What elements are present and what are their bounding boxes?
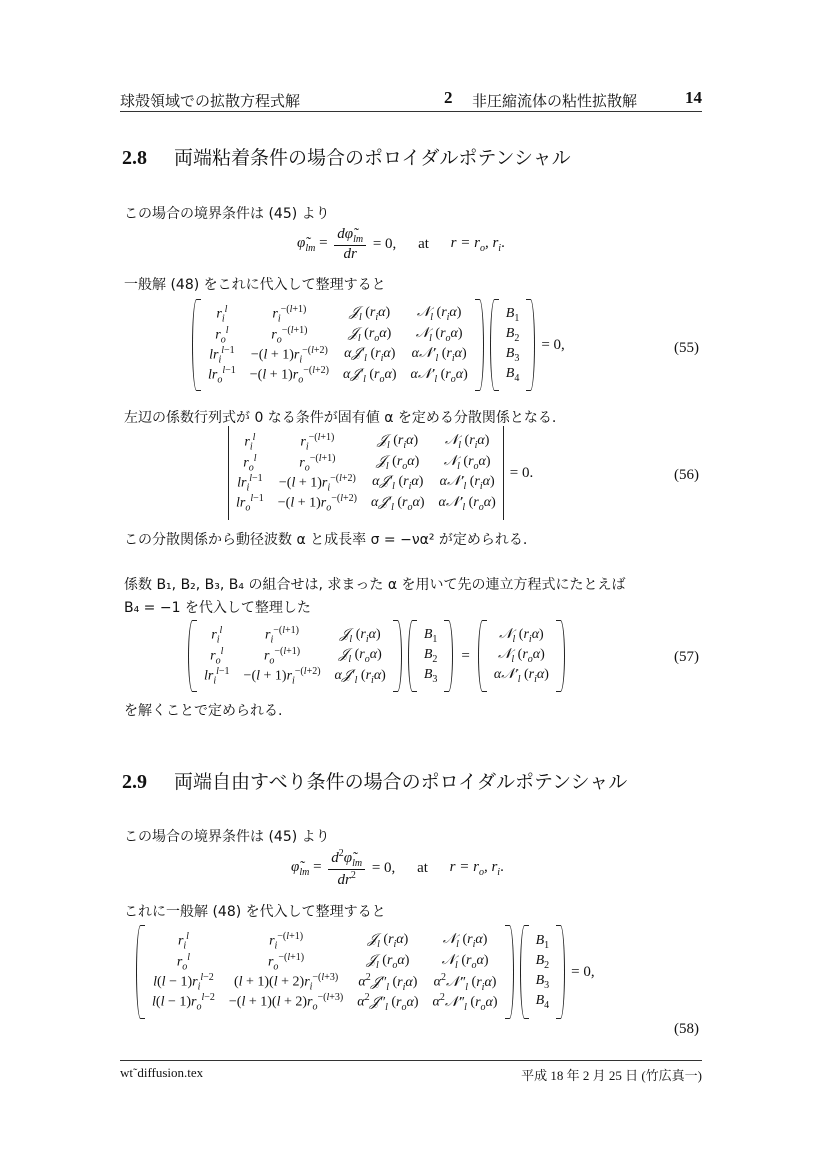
cond-sep: , r [485,235,498,251]
running-header: 球殻領域での拡散方程式解 2 非圧縮流体の粘性拡散解 14 [120,88,702,112]
denominator: dr [338,872,351,888]
right-paren [393,620,402,692]
equation-number-58: (58) [674,1021,699,1038]
left-paren [192,299,201,391]
equation-57: rilri−(l+1)𝒥l (riα) rolro−(l+1)𝒥l (roα) … [188,620,565,692]
section-heading-2-8: 2.8両端粘着条件の場合のポロイダルポテンシャル [122,143,571,170]
numerator-sub: lm [352,858,362,869]
section-title: 両端自由すべり条件の場合のポロイダルポテンシャル [174,771,627,793]
header-section-title: 非圧縮流体の粘性拡散解 [472,90,637,111]
at-label: at [417,860,428,876]
right-paren [444,620,453,692]
coefficient-matrix-55: rilri−(l+1)𝒥l (riα)𝒩l (riα) rolro−(l+1)𝒥… [201,304,475,386]
vector-b-55: B1B2B3B4 [499,305,527,385]
cond-end: . [501,235,505,251]
vector-b-58: B1B2B3B4 [529,932,557,1012]
eq-rhs: = 0, [541,337,564,354]
left-paren [136,925,145,1019]
header-section-number: 2 [444,88,453,108]
equation-number-57: (57) [674,649,699,666]
section-heading-2-9: 2.9両端自由すべり条件の場合のポロイダルポテンシャル [122,767,627,794]
paragraph-bc-intro: この場合の境界条件は (45) より [124,203,330,223]
right-paren [505,925,514,1019]
determinant-bar-right [503,426,504,520]
equals-sign: = [461,648,469,665]
cond-end: . [500,859,504,875]
header-document-title: 球殻領域での拡散方程式解 [120,90,300,111]
vector-b-57: B1B2B3 [417,626,445,686]
condition: r = r [451,235,480,251]
coefficient-matrix-57: rilri−(l+1)𝒥l (riα) rolro−(l+1)𝒥l (roα) … [197,625,393,686]
paragraph-coefficients-2: B₄ = −1 を代入して整理した [124,597,311,617]
subscript-lm: lm [299,867,309,878]
numerator-phi: φ̃ [344,850,352,866]
section-title: 両端粘着条件の場合のポロイダルポテンシャル [174,147,571,169]
equation-56: rilri−(l+1)𝒥l (riα)𝒩l (riα) rolro−(l+1)𝒥… [228,426,533,520]
numerator: dφ̃ [337,226,353,242]
rhs-vector-57: 𝒩l (riα) 𝒩l (roα) α𝒩′l (riα) [487,626,556,686]
numerator-sub: lm [353,234,363,245]
paragraph-bc-intro-2-9: この場合の境界条件は (45) より [124,826,330,846]
paragraph-coefficients-1: 係数 B₁, B₂, B₃, B₄ の組合せは, 求まった α を用いて先の連立… [124,574,626,594]
paragraph-substitute: 一般解 (48) をこれに代入して整理すると [124,274,386,294]
equation-boundary-condition-2-8: φ̃lm = dφ̃lm dr = 0, at r = ro, ri. [297,226,505,263]
paragraph-dispersion: この分散関係から動径波数 α と成長率 σ = −να² が定められる. [124,529,527,549]
left-paren [520,925,529,1019]
equation-number-56: (56) [674,467,699,484]
page-number: 14 [685,88,702,108]
left-paren [478,620,487,692]
header-rule [120,111,702,112]
denominator: dr [344,246,357,262]
equation-number-55: (55) [674,340,699,357]
right-paren [526,299,535,391]
section-number: 2.8 [122,147,174,170]
left-paren [408,620,417,692]
footer-date-author: 平成 18 年 2 月 25 日 (竹広真一) [521,1065,702,1084]
equation-55: rilri−(l+1)𝒥l (riα)𝒩l (riα) rolro−(l+1)𝒥… [192,299,565,391]
fraction: dφ̃lm dr [334,226,366,263]
eq-rhs: = 0, [571,964,594,981]
paragraph-solve: を解くことで定められる. [124,700,282,720]
eq-rhs: = 0. [510,465,533,482]
condition: r = r [450,859,479,875]
footer-rule [120,1060,702,1061]
left-paren [490,299,499,391]
at-label: at [418,236,429,252]
right-paren [475,299,484,391]
determinant-matrix-56: rilri−(l+1)𝒥l (riα)𝒩l (riα) rolro−(l+1)𝒥… [229,432,503,514]
paragraph-substitute-2-9: これに一般解 (48) を代入して整理すると [124,901,386,921]
footer-filename: wt˜diffusion.tex [120,1065,203,1081]
left-paren [188,620,197,692]
eq-rhs: = 0, [372,860,395,876]
equation-58: rilri−(l+1)𝒥l (riα)𝒩l (riα) rolro−(l+1)𝒥… [136,925,595,1019]
right-paren [556,620,565,692]
section-number: 2.9 [122,771,174,794]
fraction: d2φ̃lm dr2 [328,848,365,889]
subscript-lm: lm [305,243,315,254]
coefficient-matrix-58: rilri−(l+1)𝒥l (riα)𝒩l (riα) rolro−(l+1)𝒥… [145,931,505,1013]
eq-rhs: = 0, [373,236,396,252]
right-paren [556,925,565,1019]
cond-sep: , r [484,859,497,875]
equation-boundary-condition-2-9: φ̃lm = d2φ̃lm dr2 = 0, at r = ro, ri. [291,848,504,889]
paragraph-determinant: 左辺の係数行列式が 0 なる条件が固有値 α を定める分散関係となる. [124,407,556,427]
